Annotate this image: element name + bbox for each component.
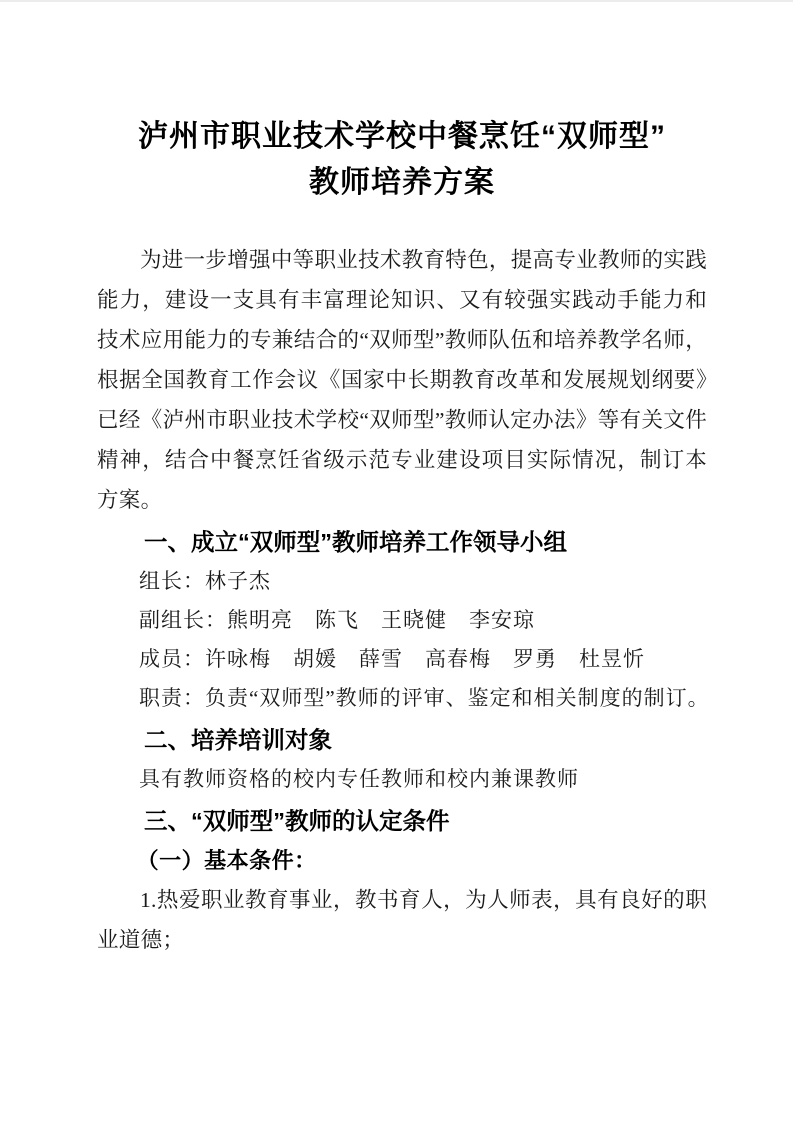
deputy-leaders-line: 副组长：熊明亮 陈飞 王晓健 李安琼: [97, 601, 707, 640]
page-title-line-1: 泸州市职业技术学校中餐烹饪“双师型”: [97, 114, 707, 160]
document-page: 泸州市职业技术学校中餐烹饪“双师型” 教师培养方案 为进一步增强中等职业技术教育…: [0, 0, 793, 1122]
section-2-body: 具有教师资格的校内专任教师和校内兼课教师: [97, 760, 707, 799]
members-line: 成员：许咏梅 胡媛 薛雪 高春梅 罗勇 杜昱忻: [97, 640, 707, 679]
page-title: 泸州市职业技术学校中餐烹饪“双师型” 教师培养方案: [97, 114, 707, 206]
leader-line: 组长：林子杰: [97, 562, 707, 601]
condition-item-1: 1.热爱职业教育事业，教书育人，为人师表，具有良好的职业道德；: [97, 880, 707, 960]
basic-conditions-subheading: （一）基本条件：: [97, 841, 707, 880]
section-3-heading: 三、“双师型”教师的认定条件: [97, 802, 707, 841]
page-content: 泸州市职业技术学校中餐烹饪“双师型” 教师培养方案 为进一步增强中等职业技术教育…: [0, 2, 793, 960]
section-1-heading: 一、成立“双师型”教师培养工作领导小组: [97, 523, 707, 562]
duties-line: 职责：负责“双师型”教师的评审、鉴定和相关制度的制订。: [97, 679, 707, 718]
section-2-heading: 二、培养培训对象: [97, 721, 707, 760]
page-title-line-2: 教师培养方案: [97, 160, 707, 206]
intro-paragraph: 为进一步增强中等职业技术教育特色，提高专业教师的实践能力，建设一支具有丰富理论知…: [97, 240, 707, 520]
